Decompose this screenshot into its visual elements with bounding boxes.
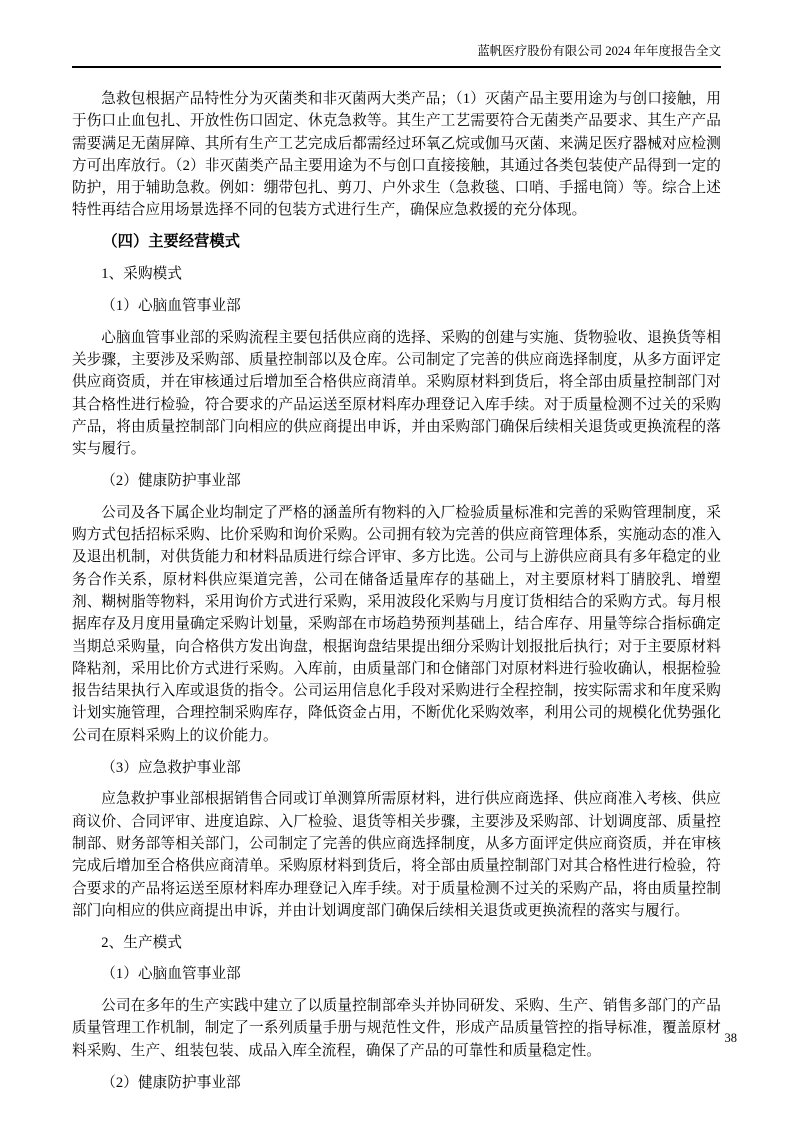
heading-production-cardio-division: （1）心脑血管事业部 xyxy=(72,963,721,985)
report-header-title: 蓝帆医疗股份有限公司 2024 年年度报告全文 xyxy=(477,44,721,58)
page-header: 蓝帆医疗股份有限公司 2024 年年度报告全文 xyxy=(72,42,721,68)
report-page: 蓝帆医疗股份有限公司 2024 年年度报告全文 急救包根据产品特性分为灭菌类和非… xyxy=(0,0,793,1122)
heading-production-health-protection-division: （2）健康防护事业部 xyxy=(72,1072,721,1094)
section-heading-main-business-model: （四）主要经营模式 xyxy=(72,231,721,253)
page-number: 38 xyxy=(725,1031,738,1046)
heading-procurement-mode: 1、采购模式 xyxy=(72,263,721,285)
paragraph-procurement-emergency-rescue-division: 应急救护事业部根据销售合同或订单测算所需原材料，进行供应商选择、供应商准入考核、… xyxy=(72,788,721,922)
heading-procurement-health-protection-division: （2）健康防护事业部 xyxy=(72,470,721,492)
page-content: 急救包根据产品特性分为灭菌类和非灭菌两大类产品；（1）灭菌产品主要用途为与创口接… xyxy=(72,88,721,1103)
intro-paragraph: 急救包根据产品特性分为灭菌类和非灭菌两大类产品；（1）灭菌产品主要用途为与创口接… xyxy=(72,88,721,222)
heading-procurement-cardio-division: （1）心脑血管事业部 xyxy=(72,295,721,317)
paragraph-production-cardio-division: 公司在多年的生产实践中建立了以质量控制部牵头并协同研发、采购、生产、销售多部门的… xyxy=(72,995,721,1062)
heading-production-mode: 2、生产模式 xyxy=(72,932,721,954)
heading-procurement-emergency-rescue-division: （3）应急救护事业部 xyxy=(72,757,721,779)
paragraph-procurement-cardio-division: 心脑血管事业部的采购流程主要包括供应商的选择、采购的创建与实施、货物验收、退换货… xyxy=(72,327,721,461)
paragraph-procurement-health-protection-division: 公司及各下属企业均制定了严格的涵盖所有物料的入厂检验质量标准和完善的采购管理制度… xyxy=(72,502,721,747)
